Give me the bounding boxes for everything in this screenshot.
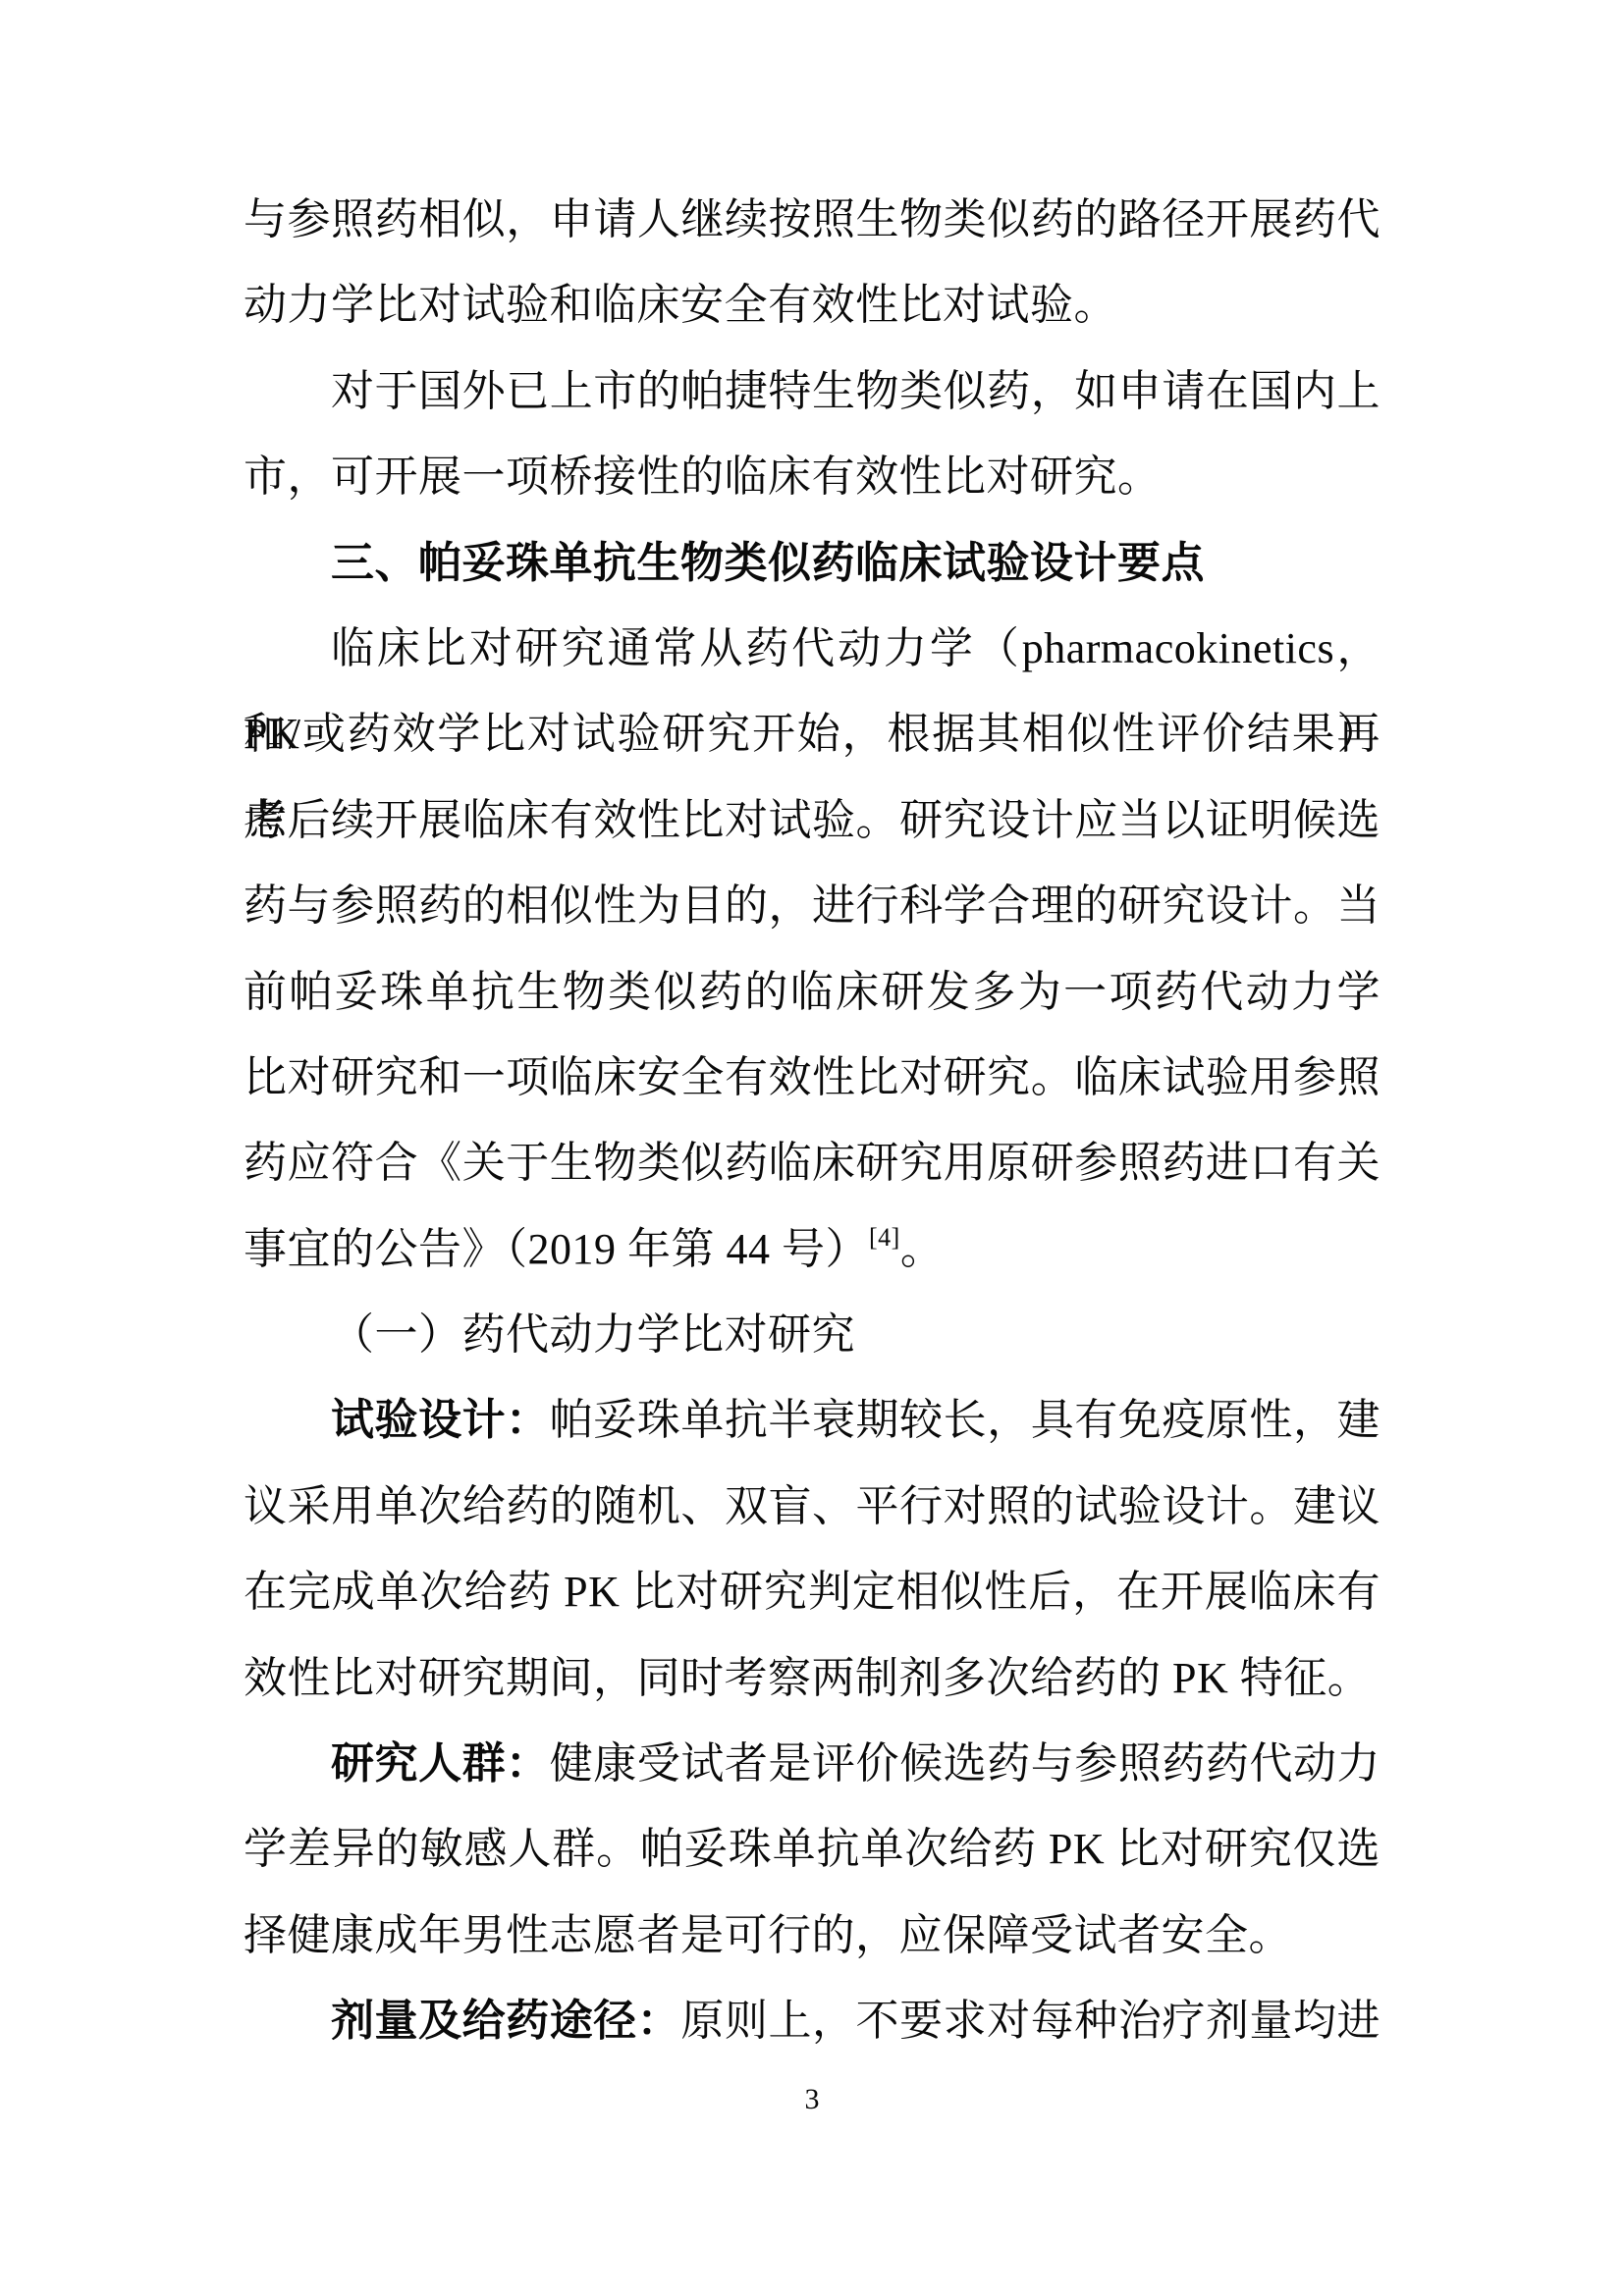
text-line: 议采用单次给药的随机、双盲、平行对照的试验设计。建议 — [244, 1464, 1380, 1549]
text-line: 事宜的公告》（2019 年第 44 号）[4]。 — [244, 1206, 1380, 1292]
text-line: 与参照药相似，申请人继续按照生物类似药的路径开展药代 — [244, 177, 1380, 262]
bold-label-run: 研究人群： — [331, 1739, 550, 1788]
text-line: 动力学比对试验和临床安全有效性比对试验。 — [244, 262, 1380, 347]
document-page: 与参照药相似，申请人继续按照生物类似药的路径开展药代动力学比对试验和临床安全有效… — [0, 0, 1624, 2296]
text-run: 。 — [900, 1225, 945, 1273]
text-run: 在完成单次给药 PK 比对研究判定相似性后，在开展临床有 — [244, 1568, 1380, 1616]
text-line: 虑后续开展临床有效性比对试验。研究设计应当以证明候选 — [244, 777, 1380, 863]
text-run: （一）药代动力学比对研究 — [331, 1310, 855, 1359]
text-line: 研究人群：健康受试者是评价候选药与参照药药代动力 — [244, 1721, 1380, 1806]
text-line: 试验设计：帕妥珠单抗半衰期较长，具有免疫原性，建 — [244, 1377, 1380, 1463]
text-run: 虑后续开展临床有效性比对试验。研究设计应当以证明候选 — [244, 796, 1380, 844]
text-line: 剂量及给药途径：原则上，不要求对每种治疗剂量均进 — [244, 1978, 1380, 2063]
text-run: 健康受试者是评价候选药与参照药药代动力 — [550, 1739, 1380, 1788]
text-run: 药与参照药的相似性为目的，进行科学合理的研究设计。当 — [244, 881, 1380, 930]
page-number: 3 — [0, 2083, 1624, 2116]
text-line: 学差异的敏感人群。帕妥珠单抗单次给药 PK 比对研究仅选 — [244, 1806, 1380, 1892]
text-run: 议采用单次给药的随机、双盲、平行对照的试验设计。建议 — [244, 1482, 1380, 1530]
heading2-line: （一）药代动力学比对研究 — [244, 1292, 1380, 1377]
text-run: 对于国外已上市的帕捷特生物类似药，如申请在国内上 — [331, 367, 1380, 415]
text-line: 比对研究和一项临床安全有效性比对研究。临床试验用参照 — [244, 1035, 1380, 1120]
text-run: 与参照药相似，申请人继续按照生物类似药的路径开展药代 — [244, 195, 1380, 243]
text-line: 前帕妥珠单抗生物类似药的临床研发多为一项药代动力学 — [244, 949, 1380, 1035]
text-run: 帕妥珠单抗半衰期较长，具有免疫原性，建 — [550, 1396, 1380, 1444]
text-line: 对于国外已上市的帕捷特生物类似药，如申请在国内上 — [244, 348, 1380, 434]
bold-label-run: 试验设计： — [331, 1396, 550, 1444]
text-run: 市，可开展一项桥接性的临床有效性比对研究。 — [244, 453, 1162, 501]
bold-label-run: 三、帕妥珠单抗生物类似药临床试验设计要点 — [331, 539, 1205, 587]
text-line: 市，可开展一项桥接性的临床有效性比对研究。 — [244, 434, 1380, 519]
text-run: 学差异的敏感人群。帕妥珠单抗单次给药 PK 比对研究仅选 — [244, 1825, 1380, 1873]
text-run: 药应符合《关于生物类似药临床研究用原研参照药进口有关 — [244, 1139, 1380, 1187]
text-run: 择健康成年男性志愿者是可行的，应保障受试者安全。 — [244, 1911, 1292, 1959]
text-run: 比对研究和一项临床安全有效性比对研究。临床试验用参照 — [244, 1053, 1380, 1101]
text-line: 临床比对研究通常从药代动力学（pharmacokinetics，PK） — [244, 606, 1380, 691]
text-run: 原则上，不要求对每种治疗剂量均进 — [680, 1997, 1380, 2045]
bold-label-run: 剂量及给药途径： — [331, 1997, 680, 2045]
text-line: 药应符合《关于生物类似药临床研究用原研参照药进口有关 — [244, 1120, 1380, 1205]
text-line: 择健康成年男性志愿者是可行的，应保障受试者安全。 — [244, 1893, 1380, 1978]
document-body: 与参照药相似，申请人继续按照生物类似药的路径开展药代动力学比对试验和临床安全有效… — [244, 177, 1380, 2064]
text-line: 在完成单次给药 PK 比对研究判定相似性后，在开展临床有 — [244, 1549, 1380, 1634]
text-run: 效性比对研究期间，同时考察两制剂多次给药的 PK 特征。 — [244, 1654, 1371, 1702]
text-line: 效性比对研究期间，同时考察两制剂多次给药的 PK 特征。 — [244, 1635, 1380, 1721]
text-line: 药与参照药的相似性为目的，进行科学合理的研究设计。当 — [244, 863, 1380, 948]
text-run: 事宜的公告》（2019 年第 44 号） — [244, 1225, 869, 1273]
text-run: 动力学比对试验和临床安全有效性比对试验。 — [244, 281, 1117, 329]
heading1-line: 三、帕妥珠单抗生物类似药临床试验设计要点 — [244, 520, 1380, 606]
text-line: 和/或药效学比对试验研究开始，根据其相似性评价结果再考 — [244, 691, 1380, 776]
text-run: 前帕妥珠单抗生物类似药的临床研发多为一项药代动力学 — [244, 968, 1380, 1016]
footnote-reference: [4] — [869, 1223, 900, 1252]
